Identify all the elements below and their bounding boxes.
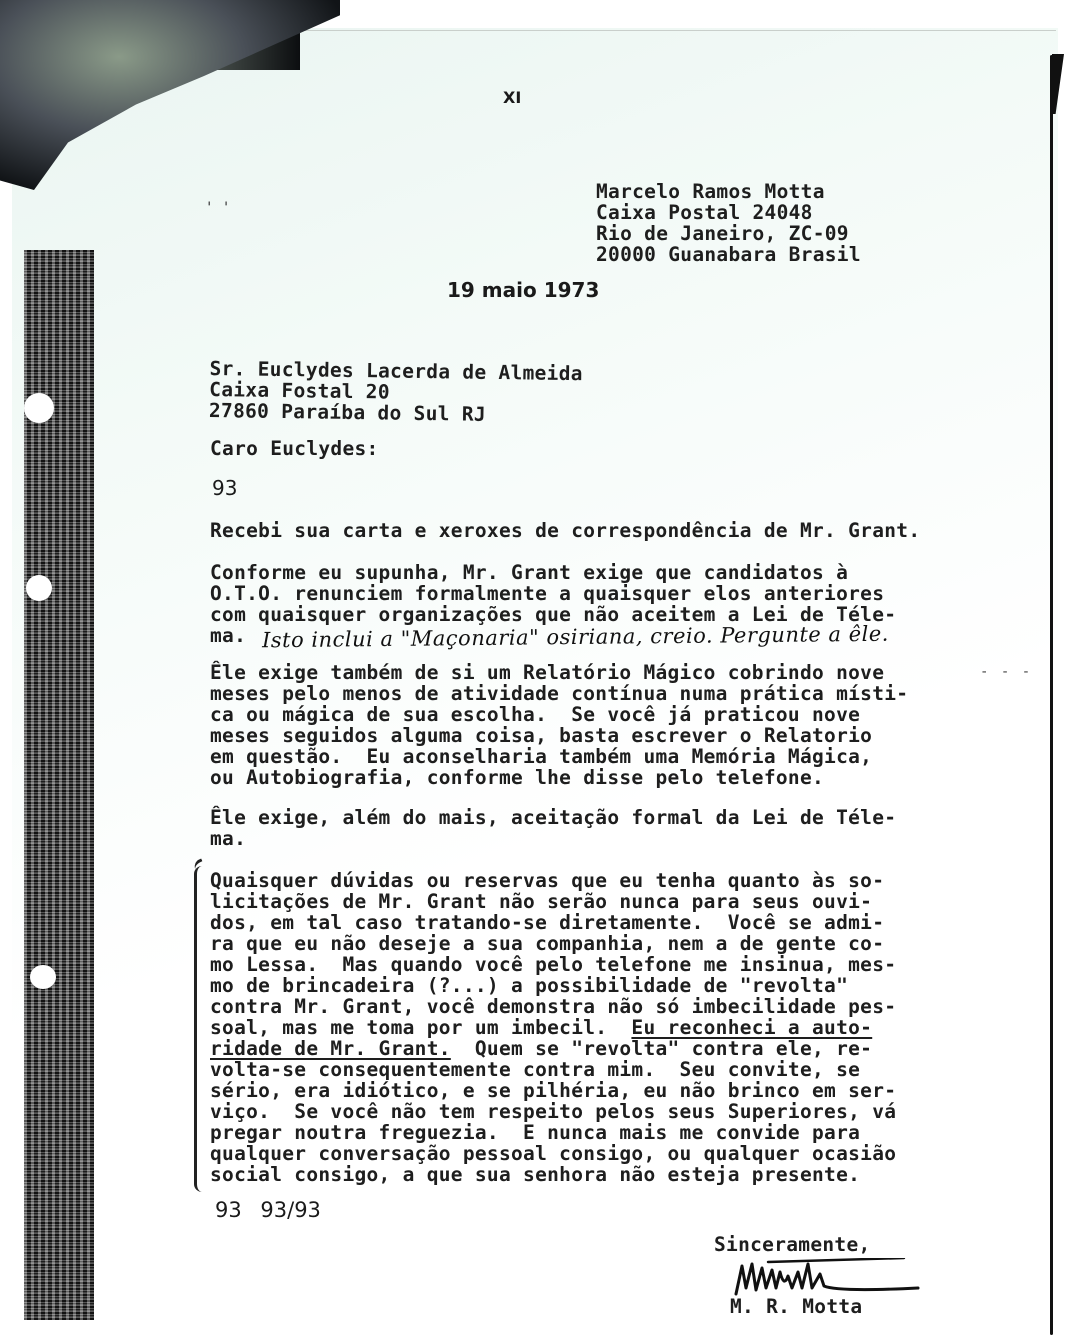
- margin-ticks: ' ': [205, 200, 230, 216]
- line: dos, em tal caso tratando-se diretamente…: [210, 911, 884, 934]
- page-right-edge: [1050, 55, 1053, 1335]
- signature-icon: [728, 1258, 928, 1298]
- page-number: XI: [503, 88, 521, 107]
- paragraph-3: Êle exige também de si um Relatório Mági…: [210, 662, 908, 788]
- punch-hole: [26, 575, 52, 601]
- margin-dash-mark: - - -: [980, 664, 1032, 680]
- line: meses pelo menos de atividade contínua n…: [210, 682, 908, 705]
- line: sério, era idiótico, e se pilhéria, eu n…: [210, 1079, 896, 1102]
- line: ca ou mágica de sua escolha. Se você já …: [210, 703, 860, 726]
- sender-city: Rio de Janeiro, ZC-09: [596, 222, 849, 245]
- reference-numbers: 93 93/93: [215, 1198, 321, 1222]
- line: Quaisquer dúvidas ou reservas que eu ten…: [210, 869, 884, 892]
- underlined-text: Eu reconheci a auto-: [631, 1016, 872, 1039]
- line: mo de brincadeira (?...) a possibilidade…: [210, 974, 848, 997]
- salutation: Caro Euclydes:: [210, 438, 379, 459]
- paragraph-4: Êle exige, além do mais, aceitação forma…: [210, 807, 896, 849]
- punch-hole: [24, 393, 54, 423]
- line: O.T.O. renunciem formalmente a quaisquer…: [210, 582, 884, 605]
- line: meses seguidos alguma coisa, basta escre…: [210, 724, 872, 747]
- recipient-city: 27860 Paraíba do Sul RJ: [209, 399, 486, 426]
- line: em questão. Eu aconselharia também uma M…: [210, 745, 872, 768]
- sender-address: Marcelo Ramos Motta Caixa Postal 24048 R…: [596, 160, 861, 265]
- line: licitações de Mr. Grant não serão nunca …: [210, 890, 872, 913]
- line: Êle exige, além do mais, aceitação forma…: [210, 806, 896, 829]
- letter-date: 19 maio 1973: [447, 278, 599, 302]
- line: qualquer conversação pessoal consigo, ou…: [210, 1142, 896, 1165]
- closing: Sinceramente,: [714, 1234, 871, 1255]
- line: ma.: [210, 827, 246, 850]
- line: ra que eu não deseje a sua companhia, ne…: [210, 932, 884, 955]
- page-right-edge-curl: [1052, 54, 1064, 114]
- line: Recebi sua carta e xeroxes de correspond…: [210, 519, 920, 542]
- paragraph-1: Recebi sua carta e xeroxes de correspond…: [210, 520, 920, 541]
- underlined-text: ridade de Mr. Grant.: [210, 1037, 451, 1060]
- sender-name: Marcelo Ramos Motta: [596, 180, 825, 203]
- margin-bracket: [194, 866, 207, 1192]
- line: Conforme eu supunha, Mr. Grant exige que…: [210, 561, 848, 584]
- page-top-edge: [200, 30, 1056, 31]
- signature-name: M. R. Motta: [730, 1296, 862, 1317]
- line: soal, mas me toma por um imbecil.: [210, 1016, 631, 1039]
- line: pregar noutra freguezia. E nunca mais me…: [210, 1121, 860, 1144]
- line: ou Autobiografia, conforme lhe disse pel…: [210, 766, 824, 789]
- sender-postal: 20000 Guanabara Brasil: [596, 243, 861, 266]
- recipient-address: Sr. Euclydes Lacerda de Almeida Caixa Fo…: [209, 337, 583, 426]
- line: viço. Se você não tem respeito pelos seu…: [210, 1100, 896, 1123]
- line: Êle exige também de si um Relatório Mági…: [210, 661, 884, 684]
- greeting-number: 93: [212, 476, 237, 500]
- line: mo Lessa. Mas quando você pelo telefone …: [210, 953, 896, 976]
- sender-box: Caixa Postal 24048: [596, 201, 813, 224]
- line: contra Mr. Grant, você demonstra não só …: [210, 995, 896, 1018]
- line: ma.: [210, 624, 246, 647]
- line: Quem se "revolta" contra ele, re-: [451, 1037, 872, 1060]
- paragraph-5: Quaisquer dúvidas ou reservas que eu ten…: [210, 870, 896, 1185]
- punch-hole: [30, 965, 56, 989]
- line: volta-se consequentemente contra mim. Se…: [210, 1058, 860, 1081]
- line: social consigo, a que sua senhora não es…: [210, 1163, 860, 1186]
